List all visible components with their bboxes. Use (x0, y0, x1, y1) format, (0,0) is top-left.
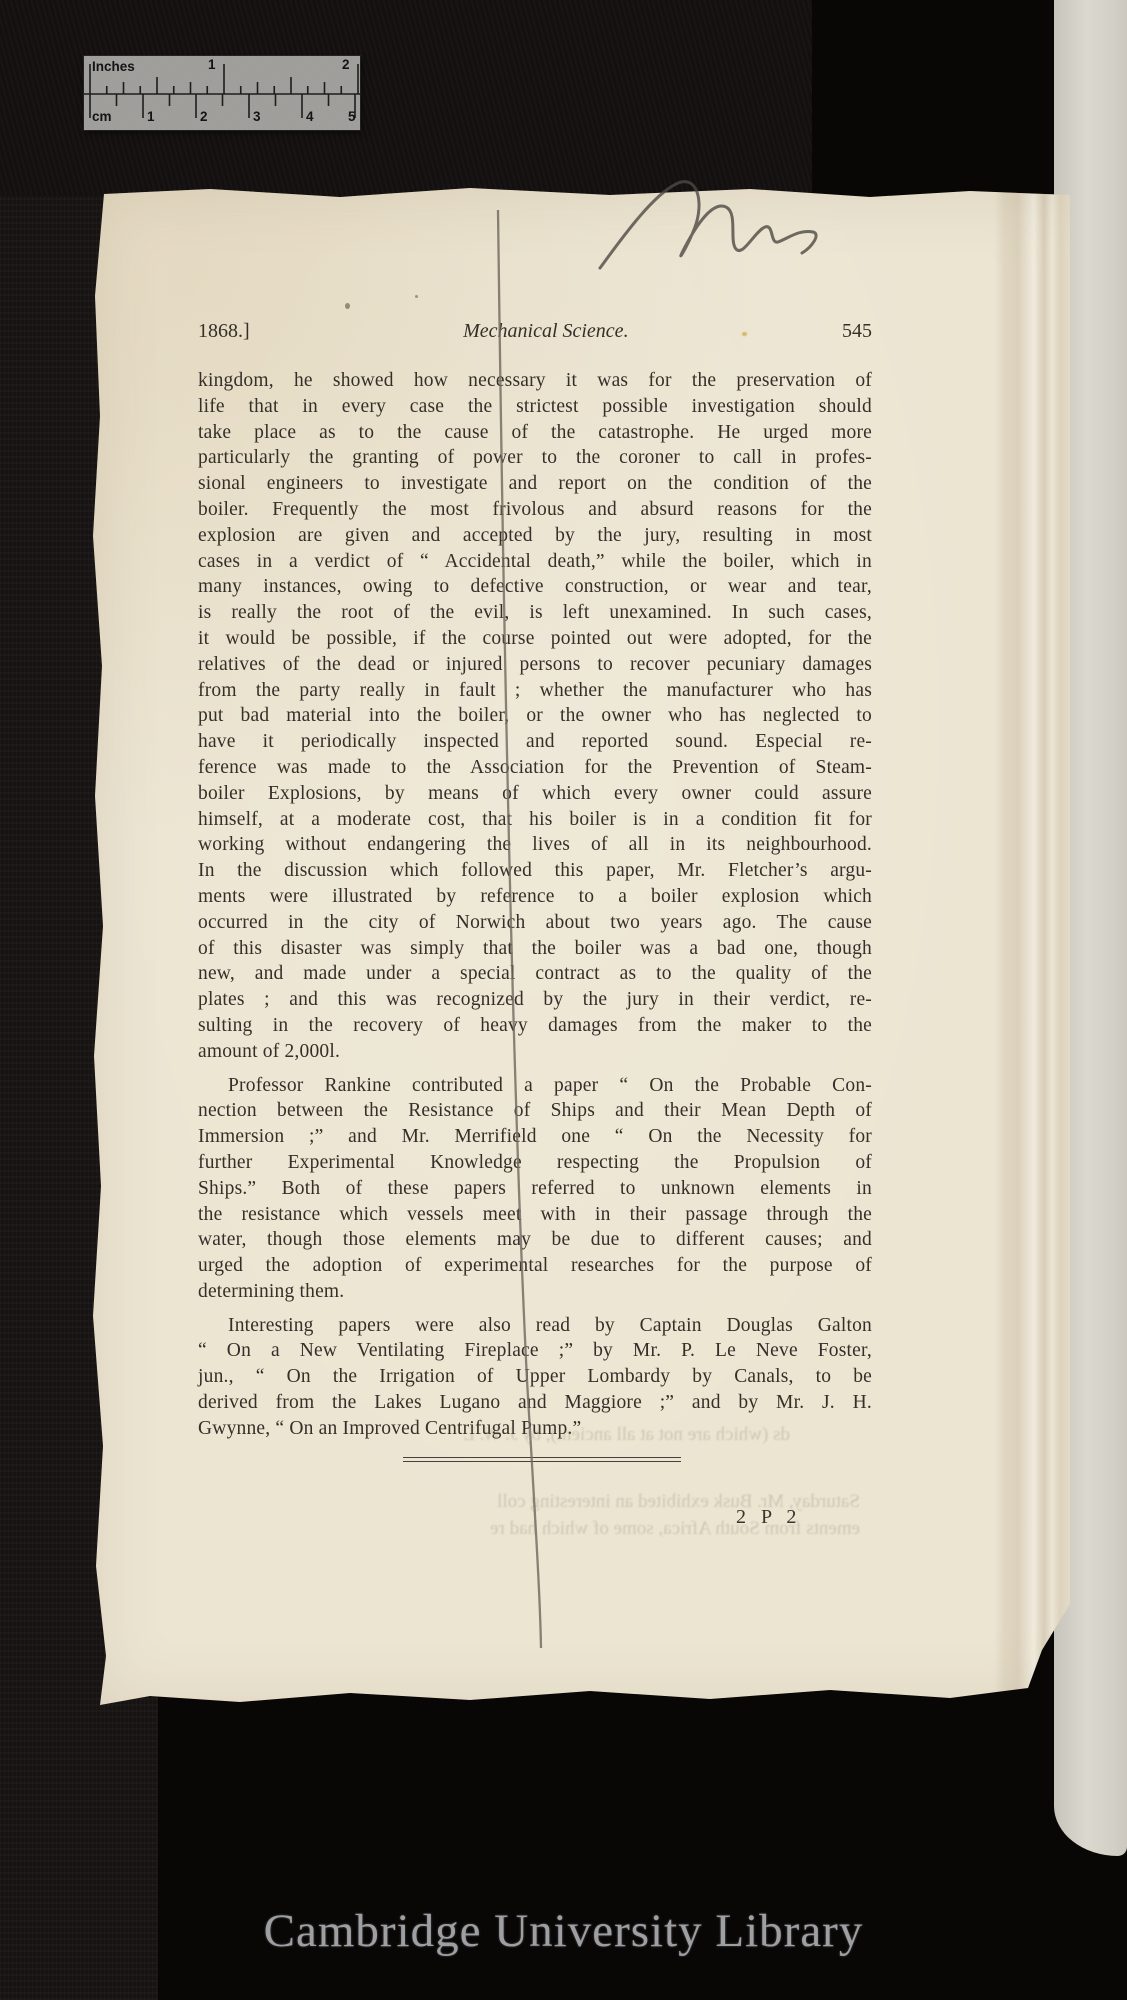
text-line: Immersion ;” and Mr. Merrifield one “ On… (198, 1124, 872, 1150)
foxing-spot (415, 295, 418, 298)
text-line: further Experimental Knowledge respectin… (198, 1150, 872, 1176)
text-line: determining them. (198, 1279, 872, 1305)
text-line: amount of 2,000l. (198, 1039, 872, 1065)
text-line: jun., “ On the Irrigation of Upper Lomba… (198, 1364, 872, 1390)
header-year: 1868.] (198, 320, 250, 343)
text-line: from the party really in fault ; whether… (198, 678, 872, 704)
text-line: boiler. Frequently the most frivolous an… (198, 497, 872, 523)
text-line: is really the root of the evil, is left … (198, 600, 872, 626)
text-line: particularly the granting of power to th… (198, 445, 872, 471)
library-watermark: Cambridge University Library (0, 1904, 1127, 1958)
ruler-cm-1-label: 1 (147, 109, 155, 124)
text-line: water, though those elements may be due … (198, 1227, 872, 1253)
text-line: Interesting papers were also read by Cap… (198, 1313, 872, 1339)
scale-ruler: Inches cm 1 2 1 2 3 4 5 (84, 56, 360, 130)
text-line: cases in a verdict of “ Accidental death… (198, 549, 872, 575)
foxing-spot (345, 303, 350, 309)
ruler-cm-label: cm (92, 109, 112, 124)
text-line: it would be possible, if the course poin… (198, 626, 872, 652)
text-line: relatives of the dead or injured persons… (198, 652, 872, 678)
ruler-inches-label: Inches (92, 59, 135, 74)
ruler-inch-2-label: 2 (342, 57, 350, 72)
text-line: many instances, owing to defective const… (198, 574, 872, 600)
text-line: ference was made to the Association for … (198, 755, 872, 781)
text-line: the resistance which vessels meet with i… (198, 1202, 872, 1228)
text-line: kingdom, he showed how necessary it was … (198, 368, 872, 394)
text-line: working without endangering the lives of… (198, 832, 872, 858)
printers-signature-mark: 2 P 2 (736, 1506, 801, 1529)
text-line: himself, at a moderate cost, that his bo… (198, 807, 872, 833)
document-page: 1868.] Mechanical Science. 545 kingdom, … (90, 186, 1070, 1710)
ruler-inch-1-label: 1 (208, 57, 216, 72)
ghost-text-line: ds (which are not at all ancient), by J.… (340, 1424, 790, 1446)
text-line: In the discussion which followed this pa… (198, 858, 872, 884)
ruler-cm-2-label: 2 (200, 109, 208, 124)
text-line: occurred in the city of Norwich about tw… (198, 910, 872, 936)
foxing-spot (742, 332, 747, 336)
text-line: derived from the Lakes Lugano and Maggio… (198, 1390, 872, 1416)
text-line: take place as to the cause of the catast… (198, 420, 872, 446)
text-line: sulting in the recovery of heavy damages… (198, 1013, 872, 1039)
page-header: 1868.] Mechanical Science. 545 (198, 320, 872, 343)
text-line: nection between the Resistance of Ships … (198, 1098, 872, 1124)
section-end-rule (403, 1457, 681, 1462)
text-line: “ On a New Ventilating Fireplace ;” by M… (198, 1338, 872, 1364)
running-title: Mechanical Science. (463, 320, 628, 343)
text-line: Professor Rankine contributed a paper “ … (198, 1073, 872, 1099)
text-line: plates ; and this was recognized by the … (198, 987, 872, 1013)
ruler-cm-5-label: 5 (348, 109, 356, 124)
library-scan-photo: 1868.] Mechanical Science. 545 kingdom, … (0, 0, 1127, 2000)
text-line: put bad material into the boiler, or the… (198, 703, 872, 729)
text-line: explosion are given and accepted by the … (198, 523, 872, 549)
text-line: of this disaster was simply that the boi… (198, 936, 872, 962)
ruler-cm-3-label: 3 (253, 109, 261, 124)
text-line: life that in every case the strictest po… (198, 394, 872, 420)
text-line: new, and made under a special contract a… (198, 961, 872, 987)
text-line: ments were illustrated by reference to a… (198, 884, 872, 910)
text-line: urged the adoption of experimental resea… (198, 1253, 872, 1279)
body-text: kingdom, he showed how necessary it was … (198, 368, 872, 1442)
text-line: sional engineers to investigate and repo… (198, 471, 872, 497)
page-number: 545 (842, 320, 872, 343)
text-line: have it periodically inspected and repor… (198, 729, 872, 755)
ruler-cm-4-label: 4 (306, 109, 314, 124)
text-line: boiler Explosions, by means of which eve… (198, 781, 872, 807)
text-line: Ships.” Both of these papers referred to… (198, 1176, 872, 1202)
